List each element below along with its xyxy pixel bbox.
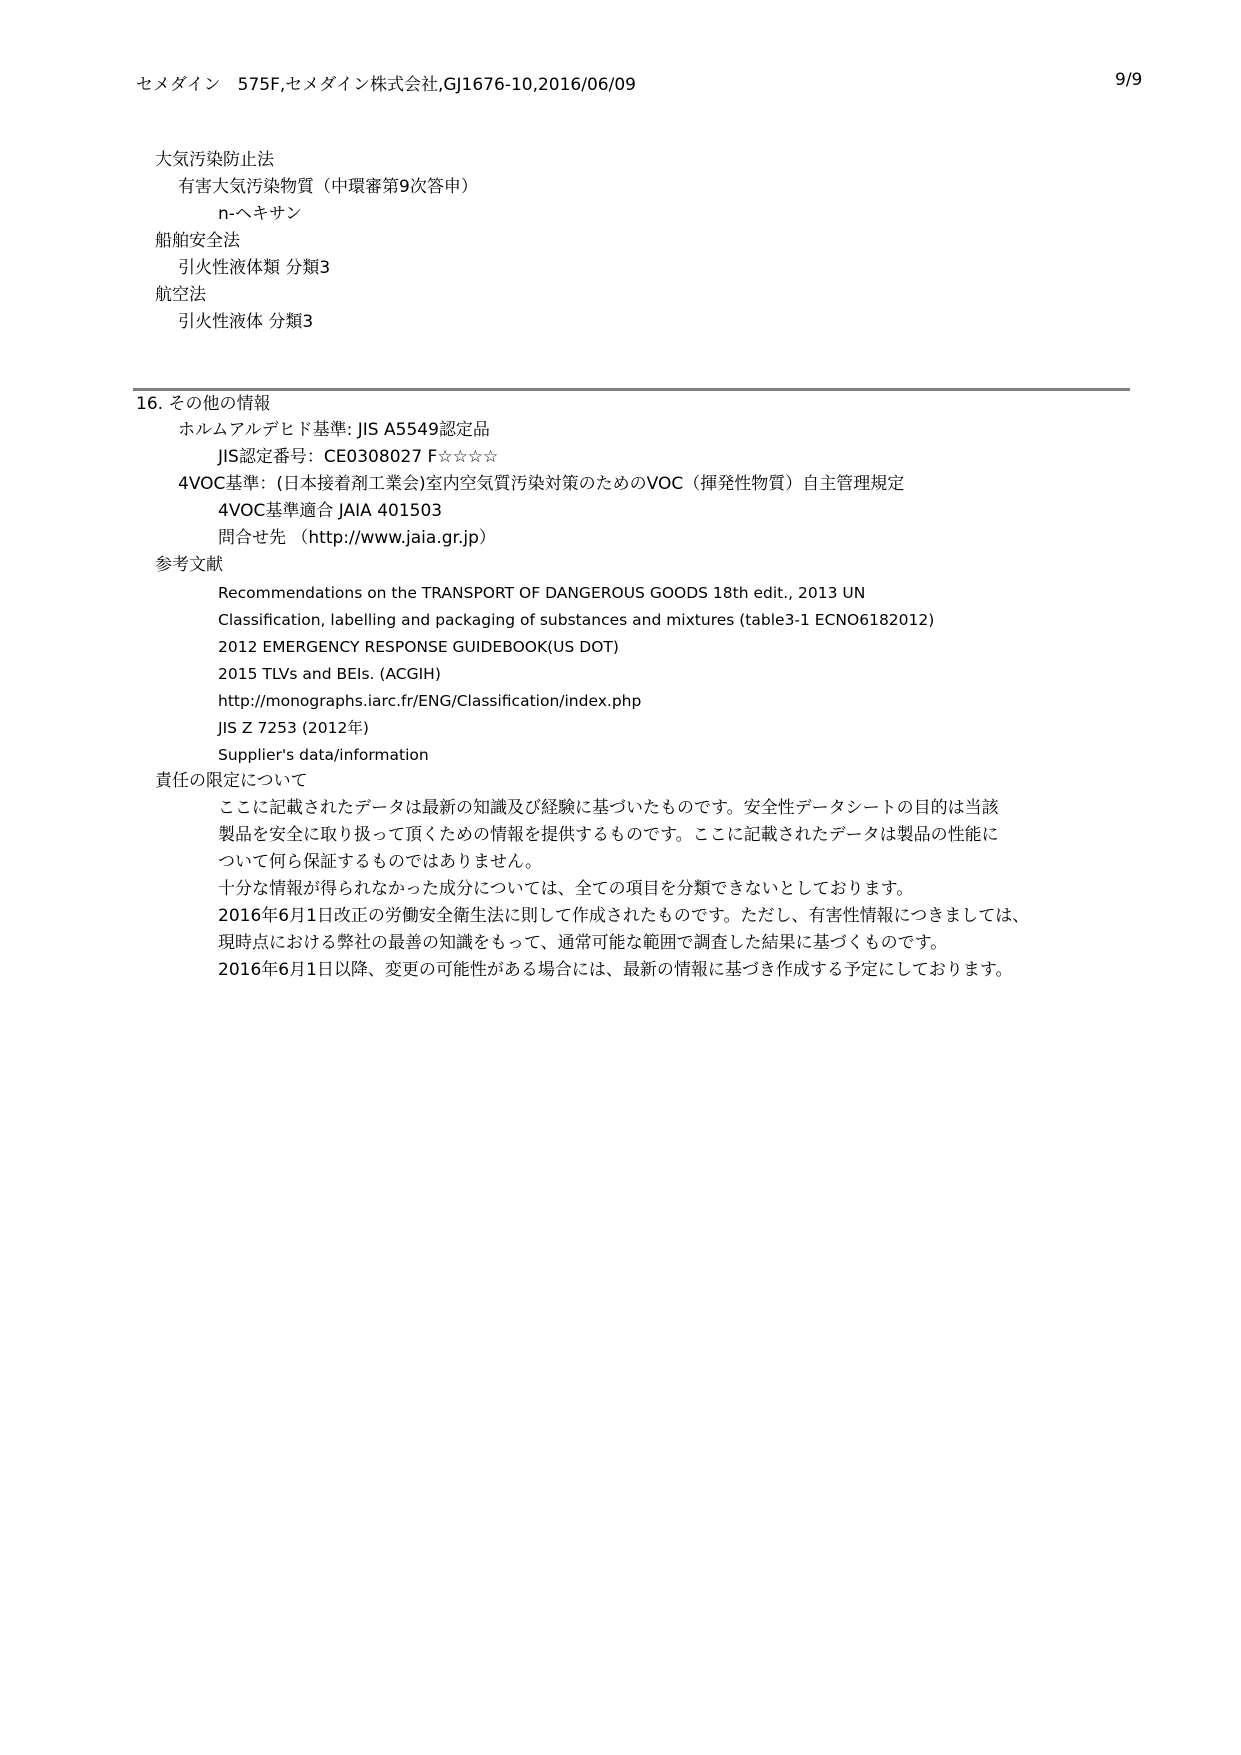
reference-item: JIS Z 7253 (2012年) (218, 718, 369, 738)
voc-standard: 4VOC基準：(日本接着剤工業会)室内空気質汚染対策のためのVOC（揮発性物質）… (178, 474, 904, 494)
n-hexane: n-ヘキサン (218, 204, 302, 224)
voc-compliance: 4VOC基準適合 JAIA 401503 (218, 501, 442, 521)
reference-item: Supplier's data/information (218, 745, 429, 765)
reference-item: Classification, labelling and packaging … (218, 610, 934, 630)
formaldehyde-standard: ホルムアルデヒド基準: JIS A5549認定品 (178, 420, 490, 440)
law-aviation: 航空法 (155, 285, 206, 305)
disclaimer-line: ついて何ら保証するものではありません。 (218, 852, 542, 872)
page-number: 9/9 (1115, 70, 1142, 90)
disclaimer-line: ここに記載されたデータは最新の知識及び経験に基づいたものです。安全性データシート… (218, 798, 999, 818)
aviation-flammable-class: 引火性液体 分類3 (178, 312, 313, 332)
section-divider (133, 388, 1130, 391)
disclaimer-line: 十分な情報が得られなかった成分については、全ての項目を分類できないとしております… (218, 879, 913, 899)
document-header-title: セメダイン 575F,セメダイン株式会社,GJ1676-10,2016/06/0… (136, 70, 636, 95)
reference-item: Recommendations on the TRANSPORT OF DANG… (218, 583, 865, 603)
disclaimer-title: 責任の限定について (155, 771, 308, 791)
disclaimer-line: 2016年6月1日改正の労働安全衛生法に則して作成されたものです。ただし、有害性… (218, 906, 1029, 926)
disclaimer-line: 2016年6月1日以降、変更の可能性がある場合には、最新の情報に基づき作成する予… (218, 960, 1013, 980)
jis-cert-number: JIS認定番号：CE0308027 F☆☆☆☆ (218, 447, 498, 467)
ship-flammable-class: 引火性液体類 分類3 (178, 258, 330, 278)
reference-item: http://monographs.iarc.fr/ENG/Classifica… (218, 691, 641, 711)
reference-item: 2012 EMERGENCY RESPONSE GUIDEBOOK(US DOT… (218, 637, 619, 657)
references-title: 参考文献 (155, 555, 223, 575)
hazardous-air-pollutants: 有害大気汚染物質（中環審第9次答申） (178, 177, 478, 197)
reference-item: 2015 TLVs and BEIs. (ACGIH) (218, 664, 441, 684)
contact-info: 問合せ先 （http://www.jaia.gr.jp） (218, 528, 496, 548)
law-ship-safety: 船舶安全法 (155, 231, 240, 251)
disclaimer-line: 現時点における弊社の最善の知識をもって、通常可能な範囲で調査した結果に基づくもの… (218, 933, 947, 953)
law-air-pollution: 大気汚染防止法 (155, 150, 274, 170)
section16-title: 16. その他の情報 (136, 394, 270, 414)
disclaimer-line: 製品を安全に取り扱って頂くための情報を提供するものです。ここに記載されたデータは… (218, 825, 999, 845)
